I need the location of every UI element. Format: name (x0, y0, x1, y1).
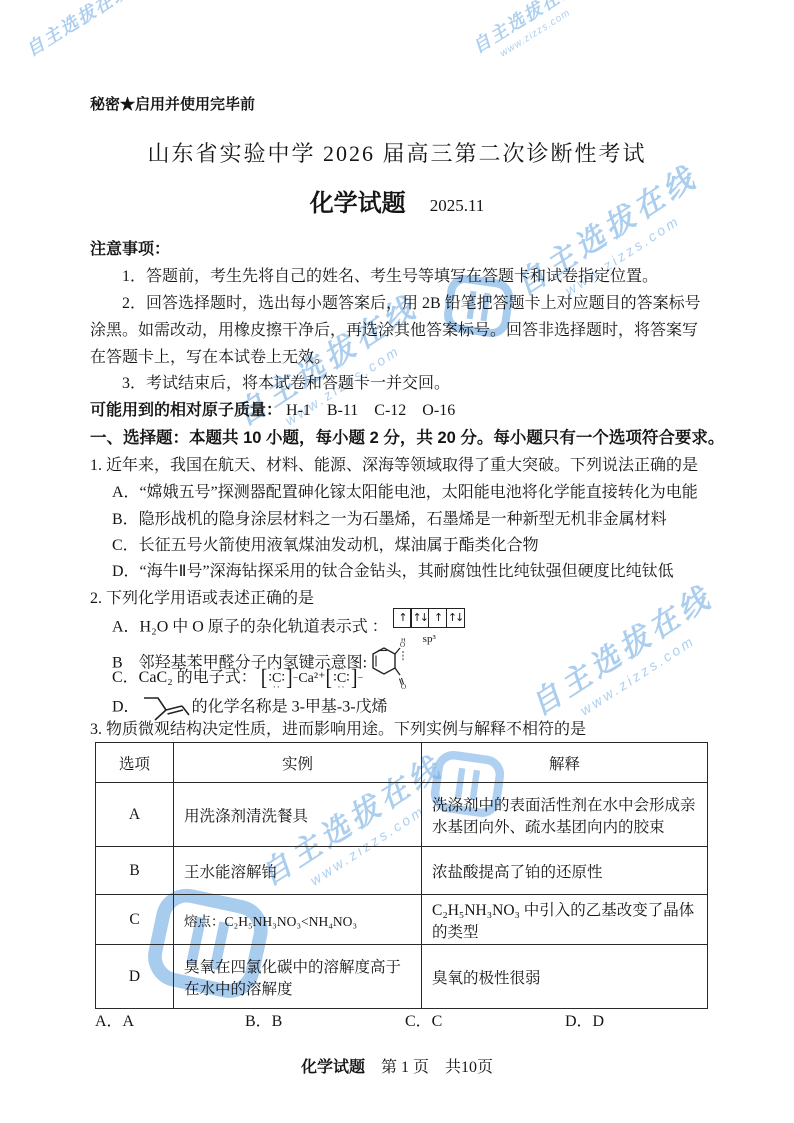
notice-item-2: 2．回答选择题时，选出每小题答案后，用 2B 铅笔把答题卡上对应题目的答案标号 (122, 294, 701, 314)
hybridization-label: sp³ (423, 633, 436, 645)
subject-title-line: 化学试题 2025.11 (0, 189, 794, 219)
page-footer: 化学试题 第 1 页 共10页 (0, 1058, 794, 1078)
watermark-mid-right: 自主选拔在线 www.zizzs.com (520, 573, 730, 739)
atomic-mass-label: 可能用到的相对原子质量： (90, 402, 282, 419)
q2-option-c-label: C．CaC₂ 的电子式： (112, 669, 257, 686)
calcium-ion: Ca²⁺ (298, 670, 325, 688)
q2-stem: 2. 下列化学用语或表述正确的是 (90, 589, 314, 609)
q1-stem: 1. 近年来，我国在航天、材料、能源、深海等领域取得了重大突破。下列说法正确的是 (90, 456, 698, 476)
q3-answer-b: B．B (245, 1012, 282, 1032)
notice-item-1: 1．答题前，考生先将自己的姓名、考生号等填写在答题卡和试卷指定位置。 (122, 267, 658, 287)
q3-table: 选项 实例 解释 A 用洗涤剂清洗餐具 洗涤剂中的表面活性剂在水中会形成亲水基团… (95, 742, 708, 1009)
row-c-option: C (96, 895, 174, 945)
exam-paper-page: 自主选拔在线 自主选拔在线 www.zizzs.com 自主选拔在线 www.z… (0, 0, 794, 1123)
q3-answer-c: C．C (405, 1012, 442, 1032)
exam-date: 2025.11 (430, 196, 485, 215)
q1-option-a: A．“嫦娥五号”探测器配置砷化镓太阳能电池，太阳能电池将化学能直接转化为电能 (112, 483, 698, 503)
notice-item-3: 3．考试结束后，将本试卷和答题卡一并交回。 (122, 374, 450, 394)
alkene-skeletal-structure (140, 693, 192, 723)
q2-option-d-suffix: 的化学名称是 3-甲基-3-戊烯 (192, 699, 388, 716)
row-a-explanation: 洗涤剂中的表面活性剂在水中会形成亲水基团向外、疏水基团向内的胶束 (422, 783, 708, 847)
footer-subject: 化学试题 (301, 1059, 365, 1076)
q1-option-b: B．隐形战机的隐身涂层材料之一为石墨烯，石墨烯是一种新型无机非金属材料 (112, 510, 667, 530)
table-row: B 王水能溶解铂 浓盐酸提高了铂的还原性 (96, 847, 708, 895)
atomic-mass-line: 可能用到的相对原子质量： H-1 B-11 C-12 O-16 (90, 401, 455, 421)
q3-stem: 3. 物质微观结构决定性质，进而影响用途。下列实例与解释不相符的是 (90, 720, 586, 740)
row-a-option: A (96, 783, 174, 847)
notice-item-2-cont: 涂黑。如需改动，用橡皮擦干净后，再选涂其他答案标号。回答非选择题时，将答案写 (90, 321, 698, 341)
exam-title: 山东省实验中学 2026 届高三第二次诊断性考试 (0, 140, 794, 168)
row-d-option: D (96, 945, 174, 1009)
footer-page-info: 第 1 页 共10页 (381, 1059, 493, 1076)
security-notice: 秘密★启用并使用完毕前 (90, 96, 255, 115)
subject-title: 化学试题 (310, 190, 406, 217)
table-header-row: 选项 实例 解释 (96, 743, 708, 783)
col-header-example: 实例 (174, 743, 422, 783)
q1-option-d: D．“海牛Ⅱ号”深海钻探采用的钛合金钻头，其耐腐蚀性比纯钛强但硬度比纯钛低 (112, 562, 674, 582)
row-a-example: 用洗涤剂清洗餐具 (174, 783, 422, 847)
row-b-option: B (96, 847, 174, 895)
q2-option-d-prefix: D． (112, 699, 140, 716)
hydroxyl-h-label: H (401, 638, 406, 644)
notice-heading: 注意事项： (90, 240, 170, 260)
row-c-example: 熔点：C₂H₅NH₃NO₃<NH₄NO₃ (174, 895, 422, 945)
watermark-top-left: 自主选拔在线 (20, 0, 136, 62)
table-row: D 臭氧在四氯化碳中的溶解度高于在水中的溶解度 臭氧的极性很弱 (96, 945, 708, 1009)
table-row: A 用洗涤剂清洗餐具 洗涤剂中的表面活性剂在水中会形成亲水基团向外、疏水基团向内… (96, 783, 708, 847)
q2-option-a-label: A．H₂O 中 O 原子的杂化轨道表示式 ： (112, 619, 388, 636)
col-header-explanation: 解释 (422, 743, 708, 783)
row-b-example: 王水能溶解铂 (174, 847, 422, 895)
carbonyl-o-label: O (401, 683, 406, 690)
atomic-mass-values: H-1 B-11 C-12 O-16 (286, 402, 455, 419)
row-c-explanation: C₂H₅NH₃NO₃ 中引入的乙基改变了晶体的类型 (422, 895, 708, 945)
q1-option-c: C．长征五号火箭使用液氧煤油发动机，煤油属于酯类化合物 (112, 536, 539, 556)
q2-option-c: C．CaC₂ 的电子式： [··∶C∶··]−Ca²⁺[··∶C∶··]− (112, 666, 363, 691)
q3-answer-d: D．D (565, 1012, 604, 1032)
salicylaldehyde-structure: O H O (367, 638, 411, 690)
col-header-option: 选项 (96, 743, 174, 783)
row-d-example: 臭氧在四氯化碳中的溶解度高于在水中的溶解度 (174, 945, 422, 1009)
carbide-electron-formula: [··∶C∶··]−Ca²⁺[··∶C∶··]− (261, 666, 363, 691)
row-b-explanation: 浓盐酸提高了铂的还原性 (422, 847, 708, 895)
row-d-explanation: 臭氧的极性很弱 (422, 945, 708, 1009)
q2-option-d: D． 的化学名称是 3-甲基-3-戊烯 (112, 693, 388, 723)
notice-item-2-cont2: 在答题卡上，写在本试卷上无效。 (90, 348, 330, 368)
watermark-top-right: 自主选拔在线 www.zizzs.com (467, 0, 589, 70)
table-row: C 熔点：C₂H₅NH₃NO₃<NH₄NO₃ C₂H₅NH₃NO₃ 中引入的乙基… (96, 895, 708, 945)
q3-answer-a: A．A (95, 1012, 134, 1032)
section-heading: 一、选择题：本题共 10 小题，每小题 2 分，共 20 分。每小题只有一个选项… (90, 428, 724, 449)
